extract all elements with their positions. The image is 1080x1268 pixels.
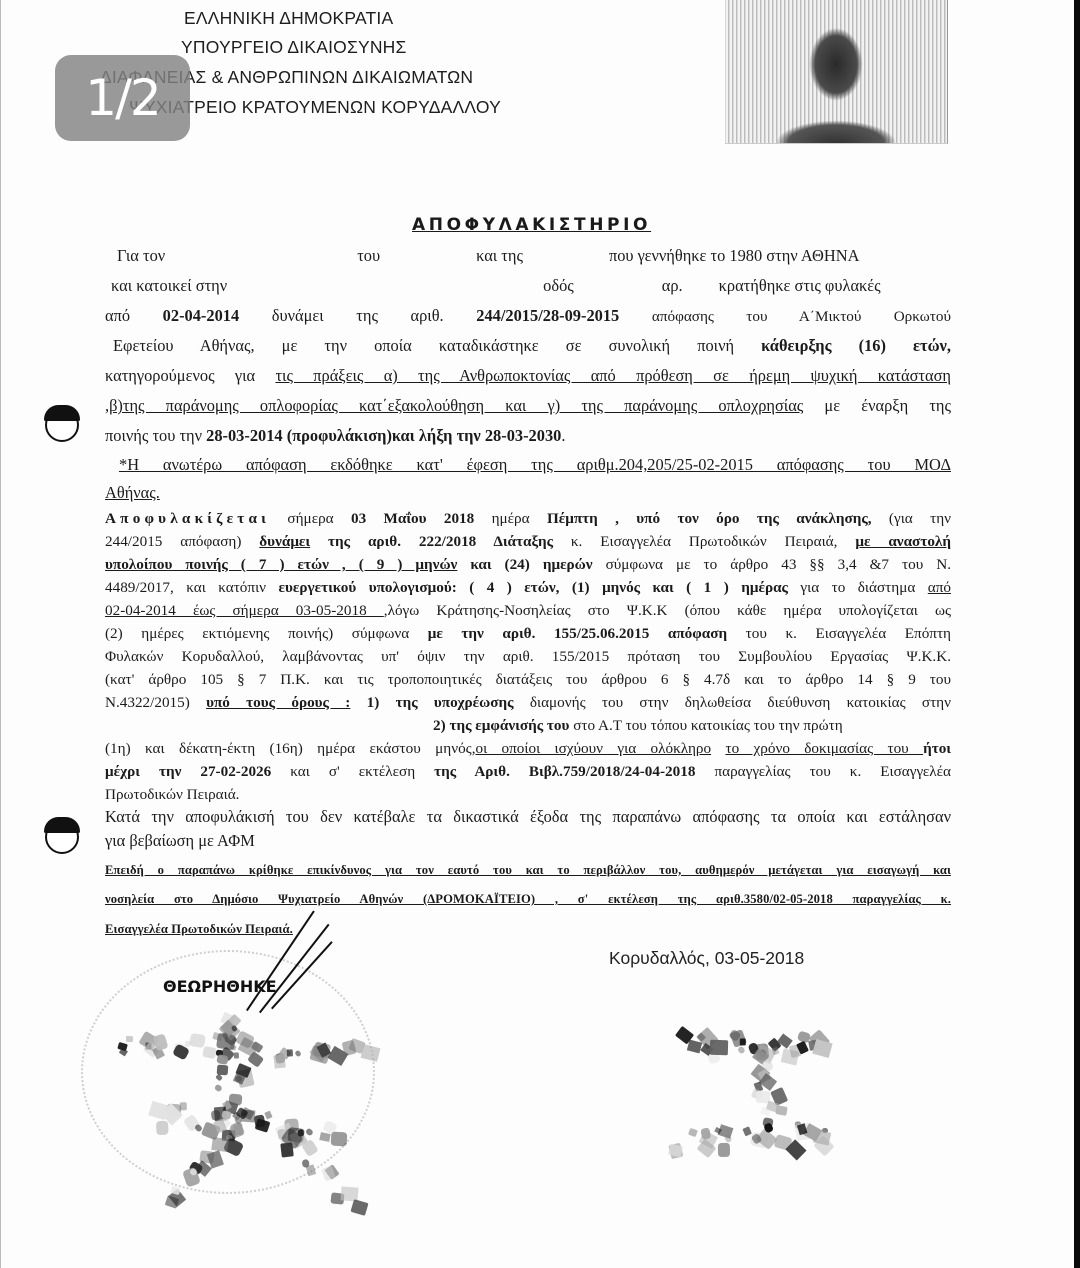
header-line-republic: ΕΛΛΗΝΙΚΗ ΔΗΜΟΚΡΑΤΙΑ bbox=[184, 8, 393, 29]
line-detention: από 02-04-2014 δυνάμει της αριθ. 244/201… bbox=[105, 306, 951, 326]
release-line-7: Φυλακών Κορυδαλλού, λαμβάνοντας υπ' όψιν… bbox=[105, 648, 951, 666]
transfer-line-2: νοσηλεία στο Δημόσιο Ψυχιατρείο Αθηνών (… bbox=[105, 892, 951, 907]
page-indicator-badge: 1/2 bbox=[55, 55, 190, 141]
transfer-line-1: Επειδή ο παραπάνω κρίθηκε επικίνδυνος γι… bbox=[105, 863, 951, 878]
punch-hole-bottom bbox=[45, 820, 79, 854]
place-and-date: Κορυδαλλός, 03-05-2018 bbox=[609, 948, 804, 969]
punch-hole-top bbox=[45, 408, 79, 442]
line-charges: κατηγορούμενος για τις πράξεις α) της Αν… bbox=[105, 366, 951, 386]
note-appeal-cont: Αθήνας. bbox=[105, 483, 160, 503]
scan-edge-border bbox=[1074, 0, 1080, 1268]
note-appeal: *Η ανωτέρω απόφαση εκδόθηκε κατ' έφεση τ… bbox=[119, 455, 951, 475]
release-line-12: μέχρι την 27-02-2026 και σ' εκτέλεση της… bbox=[105, 763, 951, 781]
scanned-document-page: ΕΛΛΗΝΙΚΗ ΔΗΜΟΚΡΑΤΙΑ ΥΠΟΥΡΓΕΙΟ ΔΙΚΑΙΟΣΥΝΗ… bbox=[0, 0, 1075, 1268]
header-line-ministry: ΥΠΟΥΡΓΕΙΟ ΔΙΚΑΙΟΣΥΝΗΣ bbox=[181, 37, 407, 58]
line-sentence: Εφετείου Αθήνας, με την οποία καταδικάστ… bbox=[113, 336, 951, 356]
line-residence: και κατοικεί στηνοδόςαρ.κρατήθηκε στις φ… bbox=[111, 276, 881, 296]
release-line-8: (κατ' άρθρο 105 § 7 Π.Κ. και τις τροποπο… bbox=[105, 671, 951, 689]
transfer-line-3: Εισαγγελέα Πρωτοδικών Πειραιά. bbox=[105, 922, 293, 937]
release-line-11: (1η) και δέκατη-έκτη (16η) ημέρα εκάστου… bbox=[105, 740, 951, 758]
id-photo bbox=[725, 0, 948, 144]
stamp-label: ΘΕΩΡΗΘΗΚΕ bbox=[163, 977, 277, 996]
document-title: ΑΠΟΦΥΛΑΚΙΣΤΗΡΙΟ bbox=[412, 215, 651, 235]
release-line-1: Αποφυλακίζεται σήμερα 03 Μαΐου 2018 ημέρ… bbox=[105, 510, 951, 528]
release-line-4: 4489/2017, και κατόπιν ευεργετικού υπολο… bbox=[105, 579, 951, 597]
release-line-5: 02-04-2014 έως σήμερα 03-05-2018 ,λόγω Κ… bbox=[105, 602, 951, 620]
line-sentence-dates: ποινής του την 28-03-2014 (προφυλάκιση)κ… bbox=[105, 426, 565, 446]
release-line-9: Ν.4322/2015) υπό τους όρους : 1) της υπο… bbox=[105, 694, 951, 712]
costs-line-1: Κατά την αποφυλάκισή του δεν κατέβαλε τα… bbox=[105, 807, 951, 827]
release-line-13: Πρωτοδικών Πειραιά. bbox=[105, 786, 239, 804]
release-line-3: υπολοίπου ποινής ( 7 ) ετών , ( 9 ) μηνώ… bbox=[105, 556, 951, 574]
release-line-10: 2) της εμφάνισής του στο Α.Τ του τόπου κ… bbox=[433, 717, 843, 735]
release-line-6: (2) ημέρες εκτιόμενης ποινής) σύμφωνα με… bbox=[105, 625, 951, 643]
line-charges-cont: ,β)της παράνομης οπλοφορίας κατ΄εξακολού… bbox=[105, 396, 951, 416]
costs-line-2: για βεβαίωση με ΑΦΜ bbox=[105, 831, 255, 851]
line-person: Για τοντουκαι τηςπου γεννήθηκε το 1980 σ… bbox=[117, 246, 859, 266]
release-line-2: 244/2015 απόφαση) δυνάμει της αριθ. 222/… bbox=[105, 533, 951, 551]
